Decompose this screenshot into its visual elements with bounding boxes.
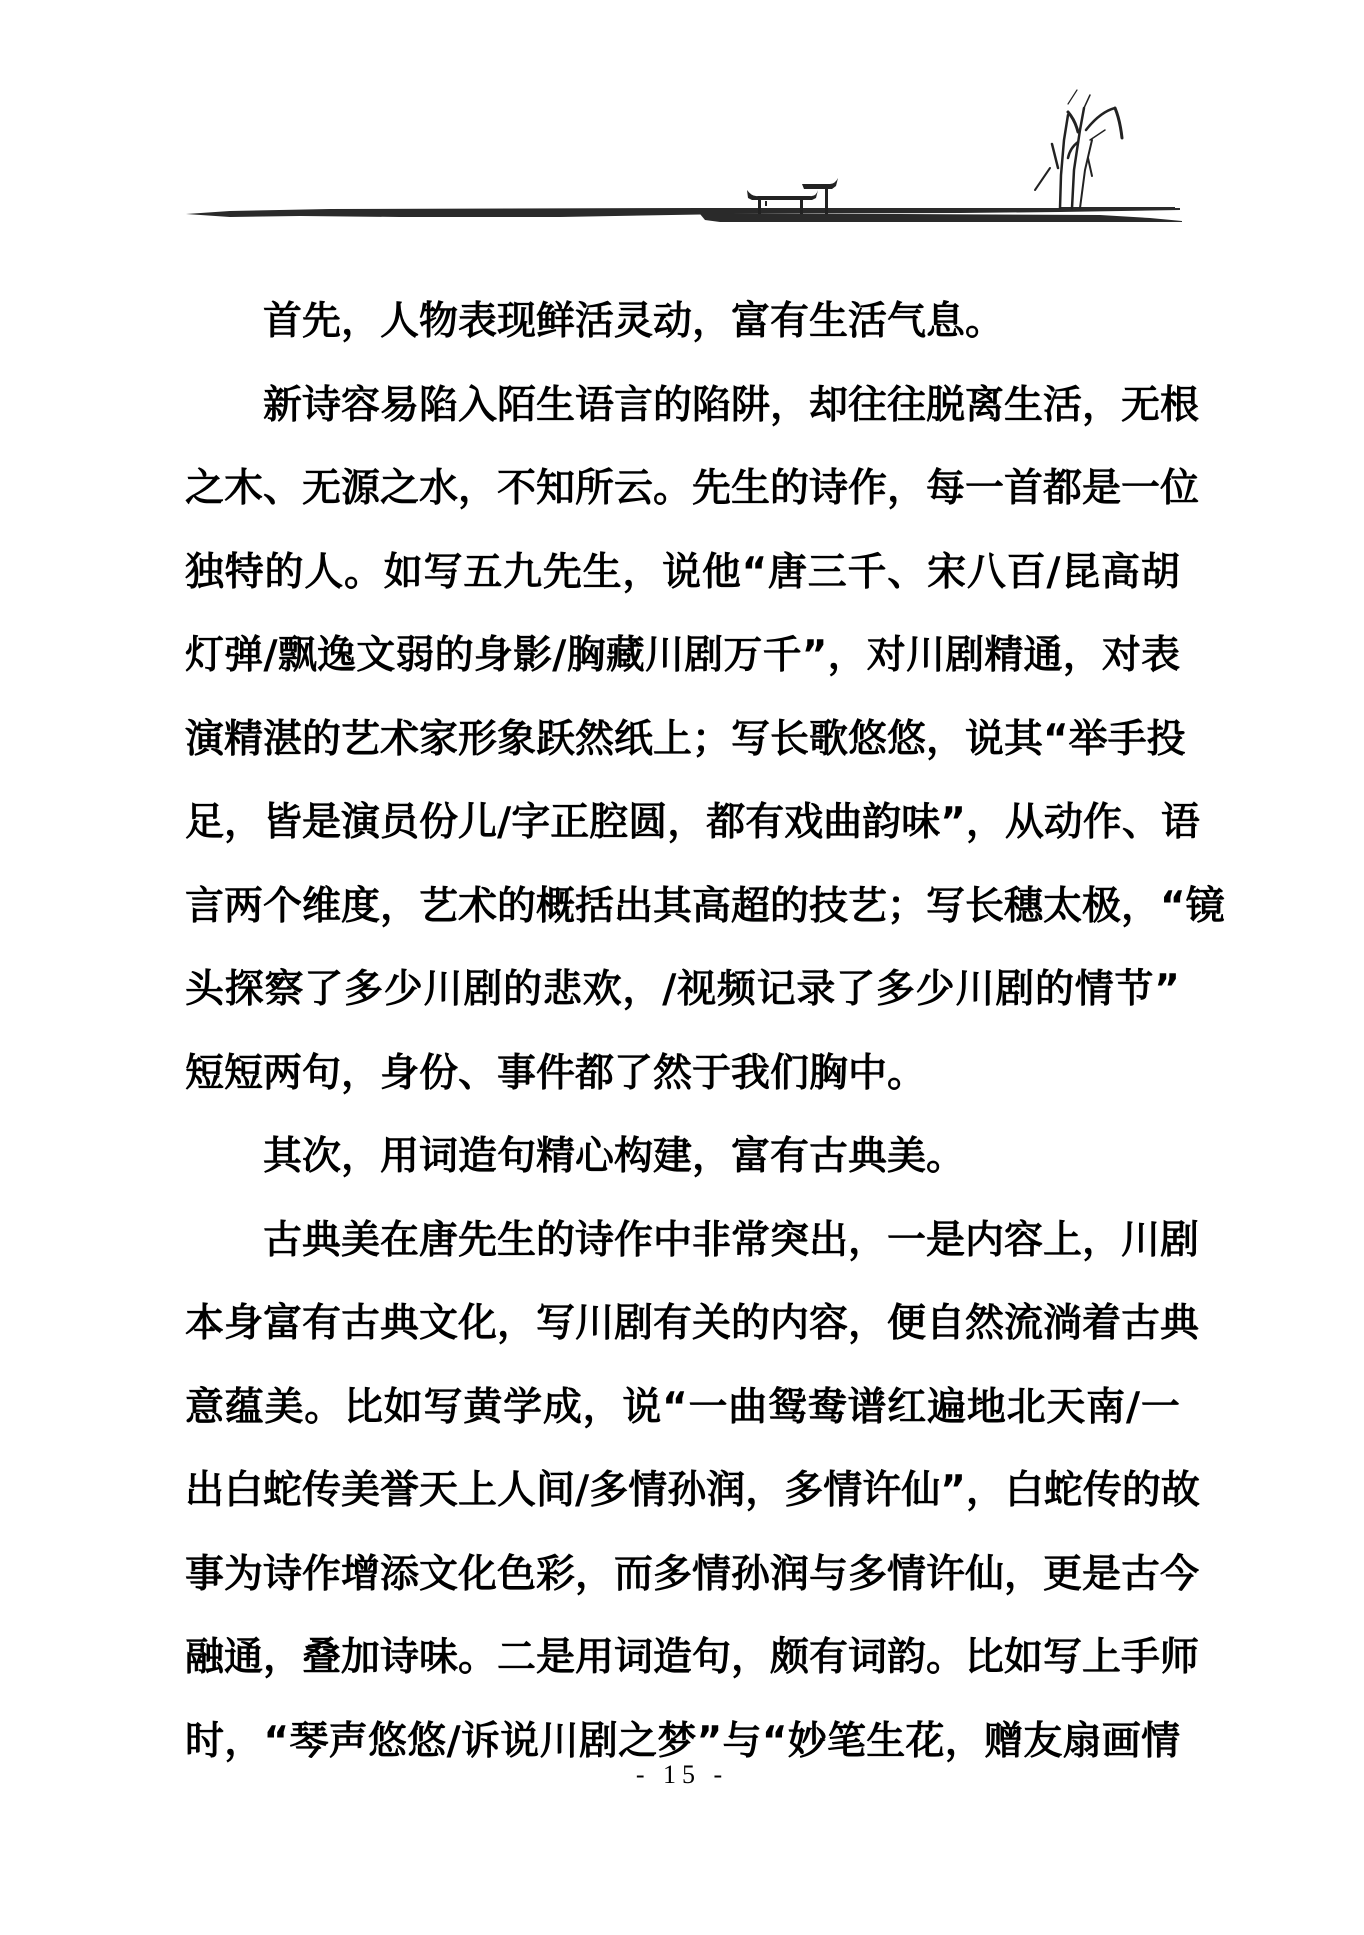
paragraph-line: 言两个维度，艺术的概括出其高超的技艺；写长穗太极，“镜: [185, 877, 1225, 961]
paragraph-line: 独特的人。如写五九先生，说他“唐三千、宋八百/昆高胡: [185, 543, 1181, 627]
paragraph-line: 出白蛇传美誉天上人间/多情孙润，多情许仙”，白蛇传的故: [185, 1461, 1200, 1545]
paragraph-line: 事为诗作增添文化色彩，而多情孙润与多情许仙，更是古今: [185, 1545, 1199, 1629]
paragraph-line: 融通，叠加诗味。二是用词造句，颇有词韵。比如写上手师: [185, 1628, 1199, 1712]
paragraph-line: 新诗容易陷入陌生语言的陷阱，却往往脱离生活，无根: [263, 376, 1199, 460]
paragraph-line: 之木、无源之水，不知所云。先生的诗作，每一首都是一位: [185, 459, 1199, 543]
paragraph-line: 头探察了多少川剧的悲欢，/视频记录了多少川剧的情节”: [185, 960, 1181, 1044]
paragraph-line: 本身富有古典文化，写川剧有关的内容，便自然流淌着古典: [185, 1294, 1199, 1378]
paragraph-line: 古典美在唐先生的诗作中非常突出，一是内容上，川剧: [263, 1211, 1199, 1295]
page-number: - 15 -: [0, 1760, 1364, 1790]
paragraph-line: 短短两句，身份、事件都了然于我们胸中。: [185, 1044, 926, 1128]
paragraph-line: 演精湛的艺术家形象跃然纸上；写长歌悠悠，说其“举手投: [185, 710, 1186, 794]
header-ink-landscape-icon: [0, 0, 1364, 240]
paragraph-line: 首先，人物表现鲜活灵动，富有生活气息。: [263, 292, 1004, 376]
paragraph-line: 足，皆是演员份儿/字正腔圆，都有戏曲韵味”，从动作、语: [185, 793, 1200, 877]
paragraph-line: 其次，用词造句精心构建，富有古典美。: [263, 1127, 965, 1211]
paragraph-line: 意蕴美。比如写黄学成，说“一曲鸳鸯谱红遍地北天南/一: [185, 1378, 1181, 1462]
paragraph-line: 灯弹/飘逸文弱的身影/胸藏川剧万千”，对川剧精通，对表: [185, 626, 1180, 710]
